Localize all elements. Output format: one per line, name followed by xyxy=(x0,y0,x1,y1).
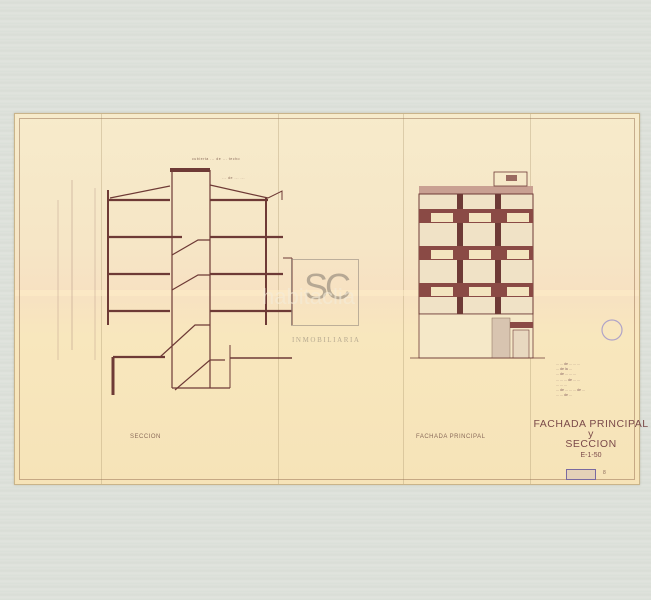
roof-annotation: cubierta ... de ... techo xyxy=(192,157,240,161)
note-line: ... ... de ... xyxy=(556,393,626,398)
facade-drawing xyxy=(410,172,545,358)
watermark-company: INMOBILIARIA xyxy=(292,336,361,344)
title-line-3: SECCION xyxy=(532,438,650,450)
sheet-number: 8 xyxy=(603,470,606,476)
stamp xyxy=(566,469,596,480)
section-label: SECCION xyxy=(130,434,161,440)
title-block: FACHADA PRINCIPAL y SECCION E-1-50 xyxy=(532,418,650,459)
watermark-text: habitaclia xyxy=(262,284,355,310)
title-notes: ... ... de ... ... ... ... de la ... ...… xyxy=(556,362,626,398)
roof-annotation: ... de ... ... xyxy=(222,176,245,180)
facade-label: FACHADA PRINCIPAL xyxy=(416,434,485,440)
scale: E-1-50 xyxy=(532,452,650,459)
